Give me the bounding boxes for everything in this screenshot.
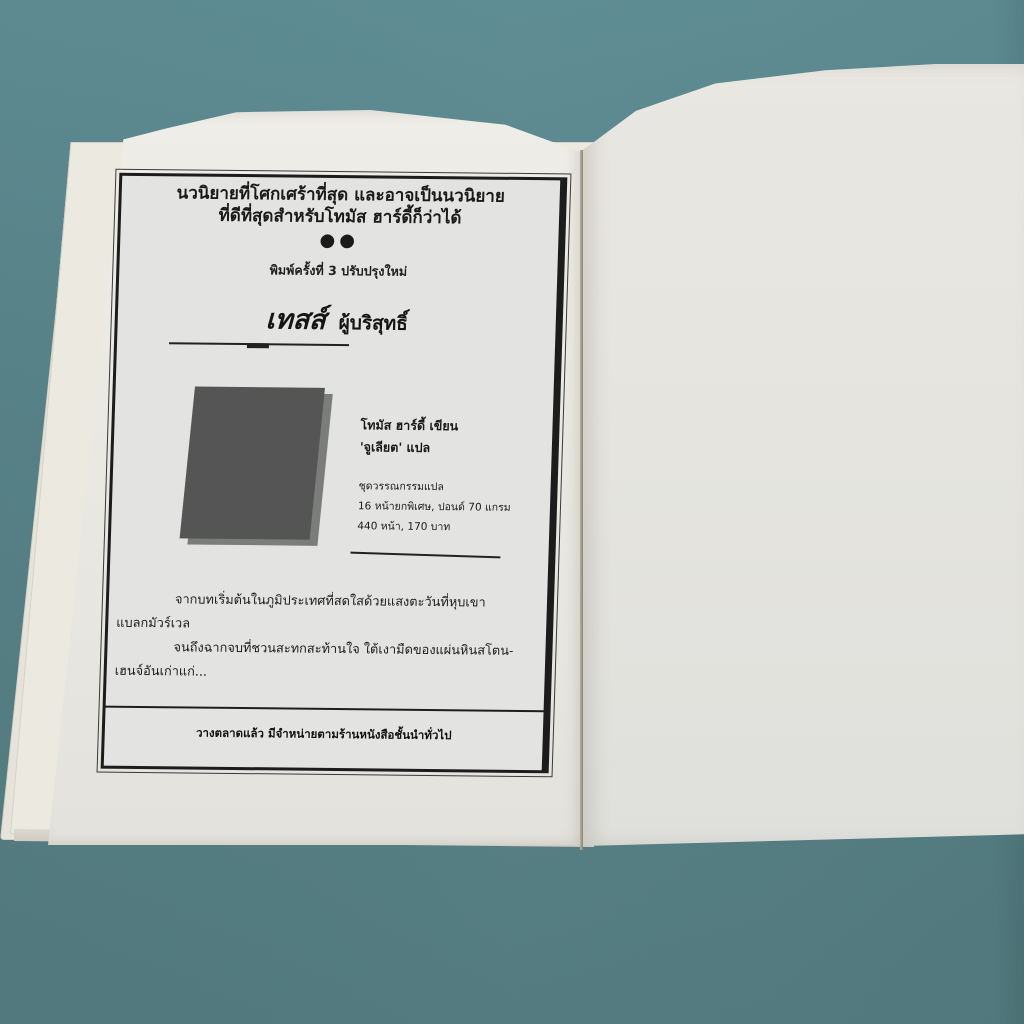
pages-price: 440 หน้า, 170 บาท bbox=[357, 516, 510, 538]
author-credit: โทมัส ฮาร์ดี้ เขียน bbox=[360, 414, 513, 438]
book-title-sub: ผู้บริสุทธิ์ bbox=[338, 312, 408, 335]
separator-dots-icon: ●● bbox=[120, 228, 559, 254]
format-spec: 16 หน้ายกพิเศษ, ปอนด์ 70 แกรม bbox=[358, 496, 511, 518]
credits-underline bbox=[350, 552, 500, 559]
headline-line-2: ที่ดีที่สุดสำหรับโทมัส ฮาร์ดี้ก็ว่าได้ bbox=[121, 204, 560, 231]
book-cover-image bbox=[180, 387, 325, 540]
advert-headline: นวนิยายที่โศกเศร้าที่สุด และอาจเป็นนวนิย… bbox=[121, 182, 560, 231]
book-title-main: เทสส์ bbox=[265, 304, 326, 336]
blurb-p2-line2: เฮนจ์อันเก่าแก่... bbox=[114, 660, 537, 688]
series-name: ชุดวรรณกรรมแปล bbox=[358, 476, 511, 498]
advert-blurb: จากบทเริ่มต้นในภูมิประเทศที่สดใสด้วยแสงต… bbox=[114, 588, 539, 688]
headline-line-1: นวนิยายที่โศกเศร้าที่สุด และอาจเป็นนวนิย… bbox=[121, 182, 560, 209]
edition-note: พิมพ์ครั้งที่ 3 ปรับปรุงใหม่ bbox=[119, 259, 558, 284]
title-underline-tab bbox=[247, 343, 269, 348]
book-credits: โทมัส ฮาร์ดี้ เขียน 'จูเลียต' แปล ชุดวรร… bbox=[357, 414, 513, 538]
advert-frame: นวนิยายที่โศกเศร้าที่สุด และอาจเป็นนวนิย… bbox=[101, 173, 568, 774]
book-title: เทสส์ ผู้บริสุทธิ์ bbox=[117, 296, 556, 344]
right-page-blank bbox=[583, 64, 1024, 846]
advert-footer: วางตลาดแล้ว มีจำหน่ายตามร้านหนังสือชั้นน… bbox=[102, 706, 546, 761]
translator-credit: 'จูเลียต' แปล bbox=[359, 436, 512, 460]
book-spine-gutter bbox=[580, 150, 583, 850]
availability-note: วางตลาดแล้ว มีจำหน่ายตามร้านหนังสือชั้นน… bbox=[102, 724, 545, 747]
title-underline bbox=[169, 342, 349, 346]
